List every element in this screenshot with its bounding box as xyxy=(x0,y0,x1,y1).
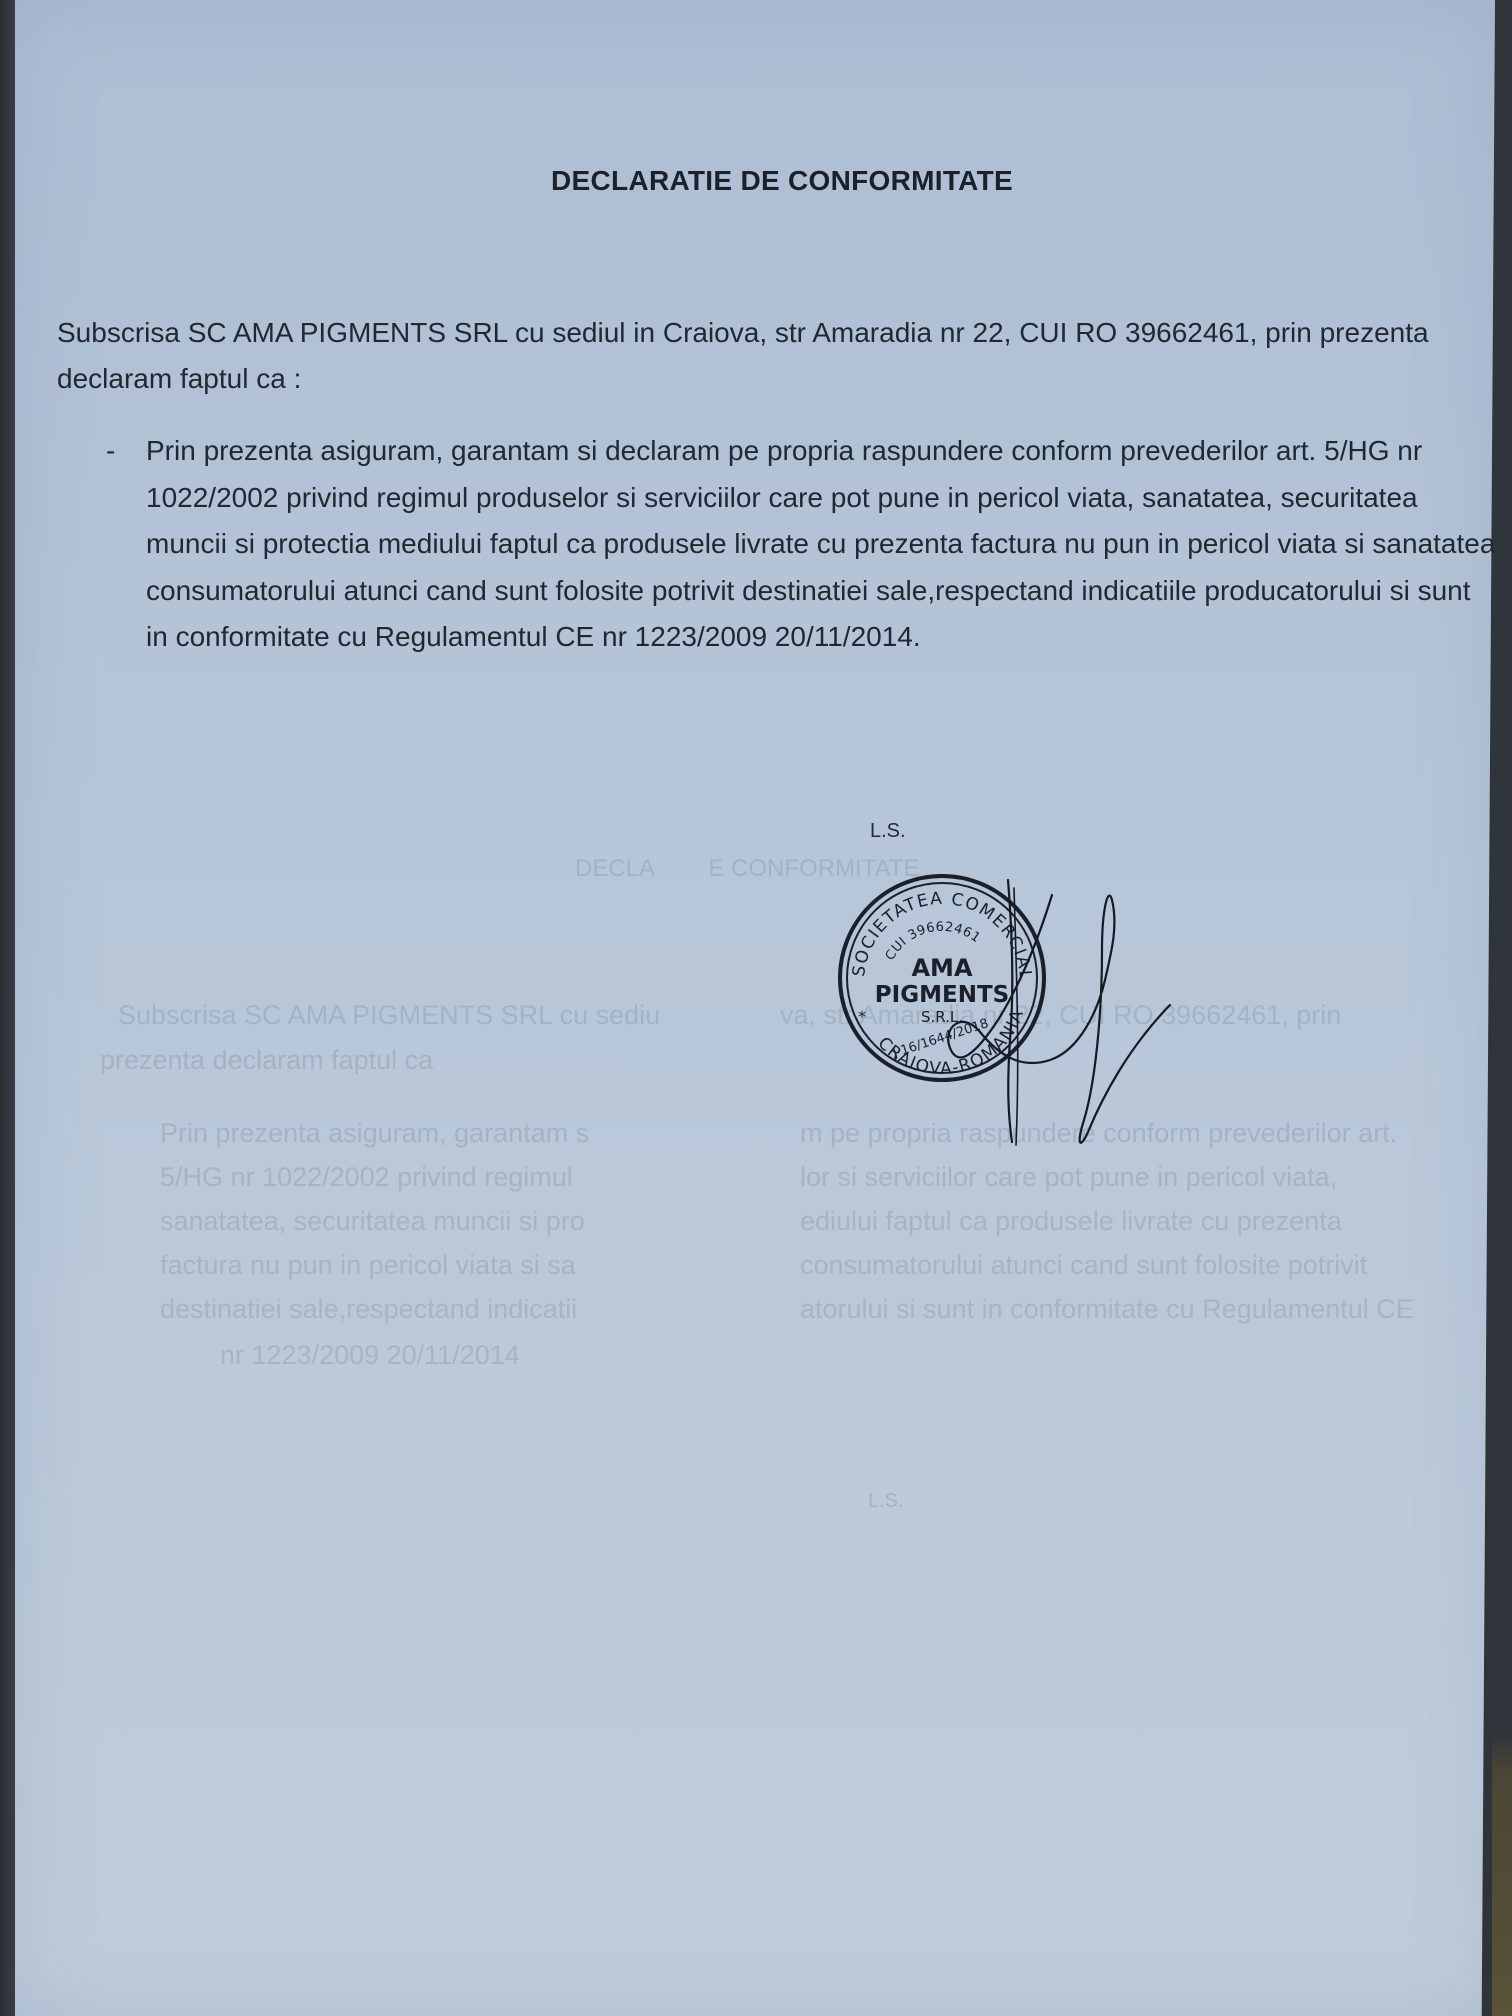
ghost-line: consumatorului atunci cand sunt folosite… xyxy=(800,1250,1367,1281)
document-content: DECLA E CONFORMITATE Subscrisa SC AMA PI… xyxy=(0,0,1512,2016)
ghost-line: factura nu pun in pericol viata si sa xyxy=(160,1250,576,1281)
document-title: DECLARATIE DE CONFORMITATE xyxy=(26,165,1512,197)
ghost-line: ediului faptul ca produsele livrate cu p… xyxy=(800,1206,1342,1237)
ghost-line: prezenta declaram faptul ca xyxy=(100,1045,433,1076)
ghost-line: Subscrisa SC AMA PIGMENTS SRL cu sediu xyxy=(118,1000,660,1031)
ghost-line: nr 1223/2009 20/11/2014 xyxy=(220,1340,520,1371)
declaration-text: Prin prezenta asiguram, garantam si decl… xyxy=(146,428,1496,661)
intro-paragraph: Subscrisa SC AMA PIGMENTS SRL cu sediul … xyxy=(57,310,1457,402)
ghost-line: atorului si sunt in conformitate cu Regu… xyxy=(800,1294,1414,1325)
ghost-seal-label: L.S. xyxy=(868,1490,904,1513)
signature xyxy=(880,870,1200,1150)
bullet-marker: - xyxy=(106,428,115,474)
ghost-line: destinatiei sale,respectand indicatii xyxy=(160,1294,577,1325)
ghost-line: 5/HG nr 1022/2002 privind regimul xyxy=(160,1162,573,1193)
ghost-line: Prin prezenta asiguram, garantam s xyxy=(160,1118,589,1149)
ghost-line: sanatatea, securitatea muncii si pro xyxy=(160,1206,585,1237)
seal-label: L.S. xyxy=(870,820,906,843)
stamp-star: * xyxy=(858,1007,866,1026)
ghost-line: lor si serviciilor care pot pune in peri… xyxy=(800,1162,1337,1193)
